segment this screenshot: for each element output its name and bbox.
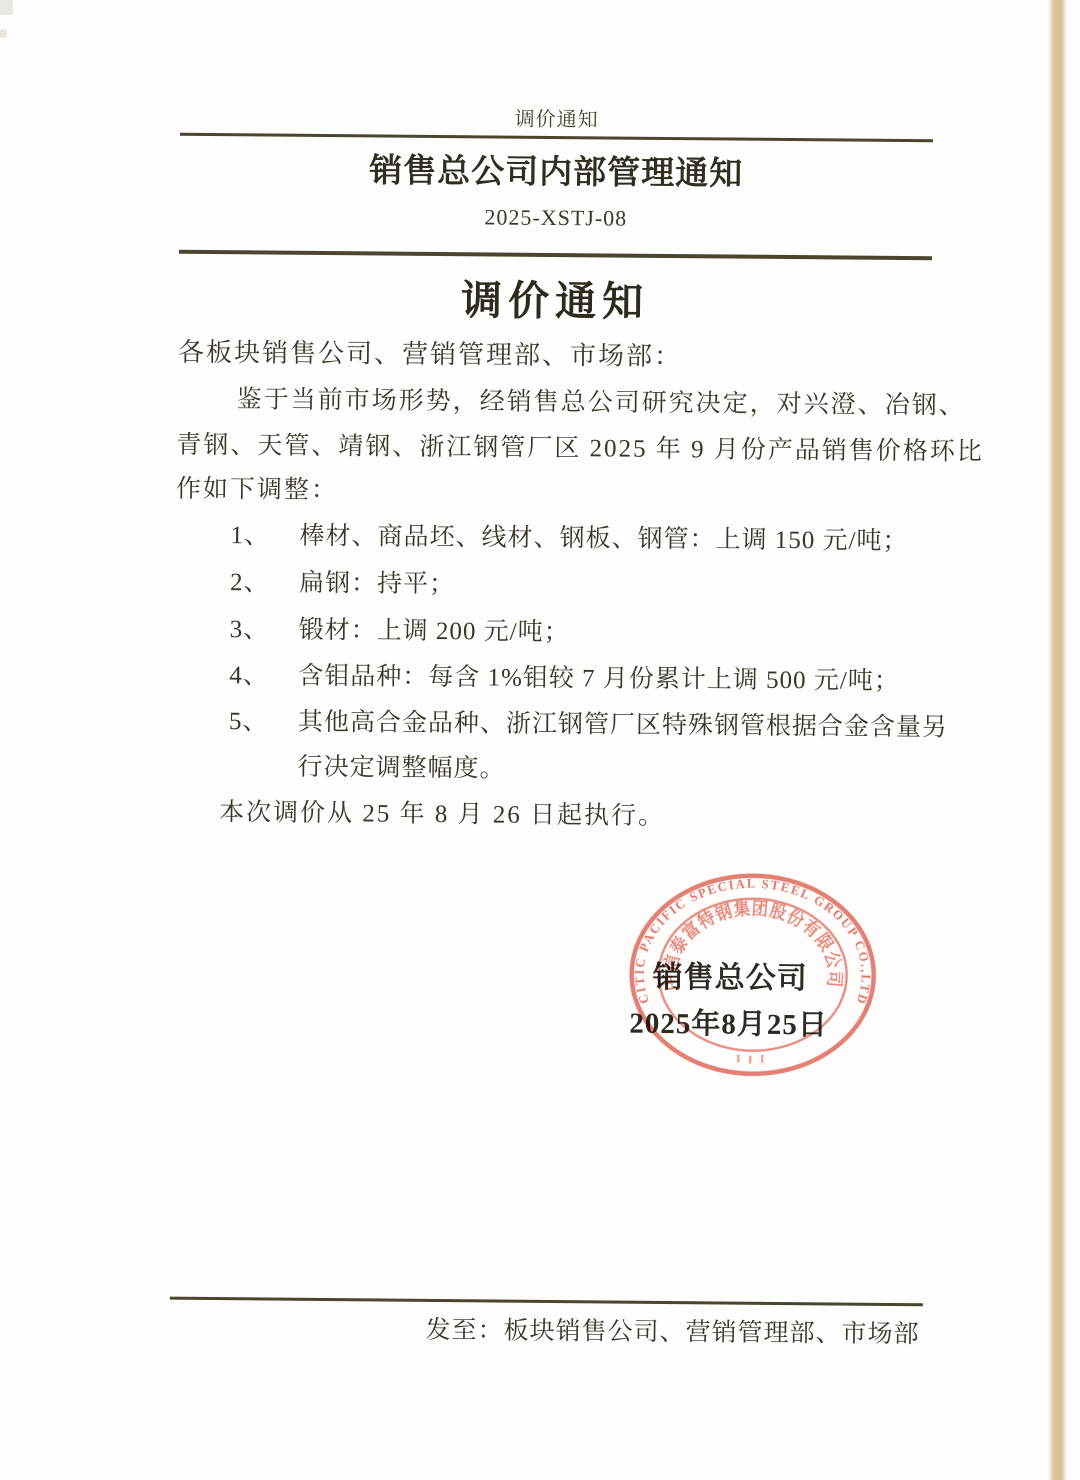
intro-line-3: 作如下调整：	[176, 477, 338, 503]
list-item-text: 扁钢：持平；	[299, 571, 455, 597]
list-item-number: 4、	[229, 663, 269, 688]
list-item-number: 5、	[229, 709, 269, 734]
intro-line-1: 鉴于当前市场形势，经销售总公司研究决定，对兴澄、冶钢、	[237, 387, 966, 418]
list-item-text: 锻材：上调 200 元/吨；	[299, 618, 570, 645]
seal-company-name: 中信泰富特钢集团股份有限公司	[659, 897, 846, 994]
recipients-line: 各板块销售公司、营销管理部、市场部：	[178, 340, 682, 370]
effective-date-line: 本次调价从 25 年 8 月 26 日起执行。	[219, 800, 665, 829]
list-item-text: 其他高合金品种、浙江钢管厂区特殊钢管根据合金含量另	[298, 710, 948, 741]
intro-line-2: 青钢、天管、靖钢、浙江钢管厂区 2025 年 9 月份产品销售价格环比	[176, 433, 984, 465]
running-header: 调价通知	[180, 107, 933, 134]
scanned-document-page: 调价通知 销售总公司内部管理通知 2025-XSTJ-08 调价通知 各板块销售…	[0, 0, 1080, 1480]
company-seal: CITIC PACIFIC SPECIAL STEEL GROUP CO.,LT…	[619, 859, 891, 1091]
horizontal-rule-top	[180, 133, 933, 143]
seal-bottom-marks	[737, 1055, 764, 1064]
list-item-number: 3、	[230, 617, 270, 642]
list-item-number: 1、	[230, 523, 270, 548]
document-number: 2025-XSTJ-08	[179, 204, 932, 233]
list-item-text: 棒材、商品坯、线材、钢板、钢管：上调 150 元/吨；	[299, 524, 908, 554]
list-item-text-continuation: 行决定调整幅度。	[297, 755, 505, 782]
horizontal-rule-footer	[170, 1297, 923, 1307]
list-item-text: 含钼品种：每含 1%钼较 7 月份累计上调 500 元/吨；	[298, 664, 900, 694]
document-content: 调价通知 销售总公司内部管理通知 2025-XSTJ-08 调价通知 各板块销售…	[0, 0, 1080, 1480]
document-title: 销售总公司内部管理通知	[180, 154, 933, 194]
notice-title: 调价通知	[178, 278, 931, 326]
horizontal-rule-header	[179, 250, 932, 261]
seal-inner-ring	[658, 898, 847, 1052]
distribution-line: 发至：板块销售公司、营销管理部、市场部	[170, 1316, 920, 1348]
svg-text:中信泰富特钢集团股份有限公司: 中信泰富特钢集团股份有限公司	[659, 897, 846, 994]
list-item-number: 2、	[230, 570, 270, 595]
